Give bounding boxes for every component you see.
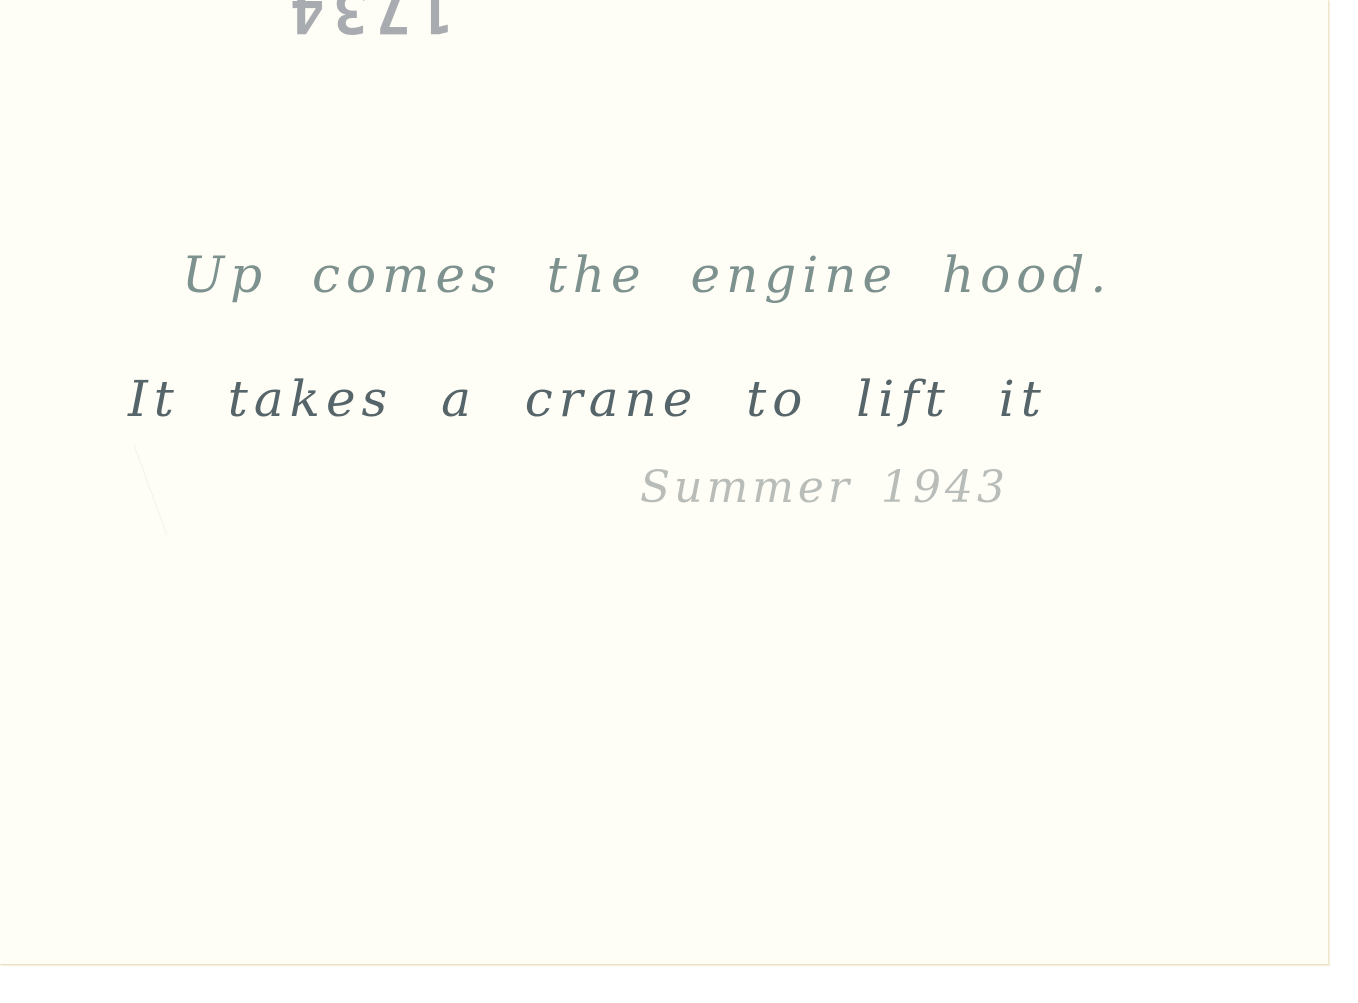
inventory-stamp-number: 1734 xyxy=(282,0,454,46)
photo-back-card: 1734 Up comes the engine hood. It takes … xyxy=(0,0,1329,965)
paper-crease-mark xyxy=(134,445,228,535)
caption-line-2: It takes a crane to lift it xyxy=(128,370,1047,428)
date-annotation: Summer 1943 xyxy=(640,462,1009,513)
caption-line-1: Up comes the engine hood. xyxy=(182,246,1112,304)
